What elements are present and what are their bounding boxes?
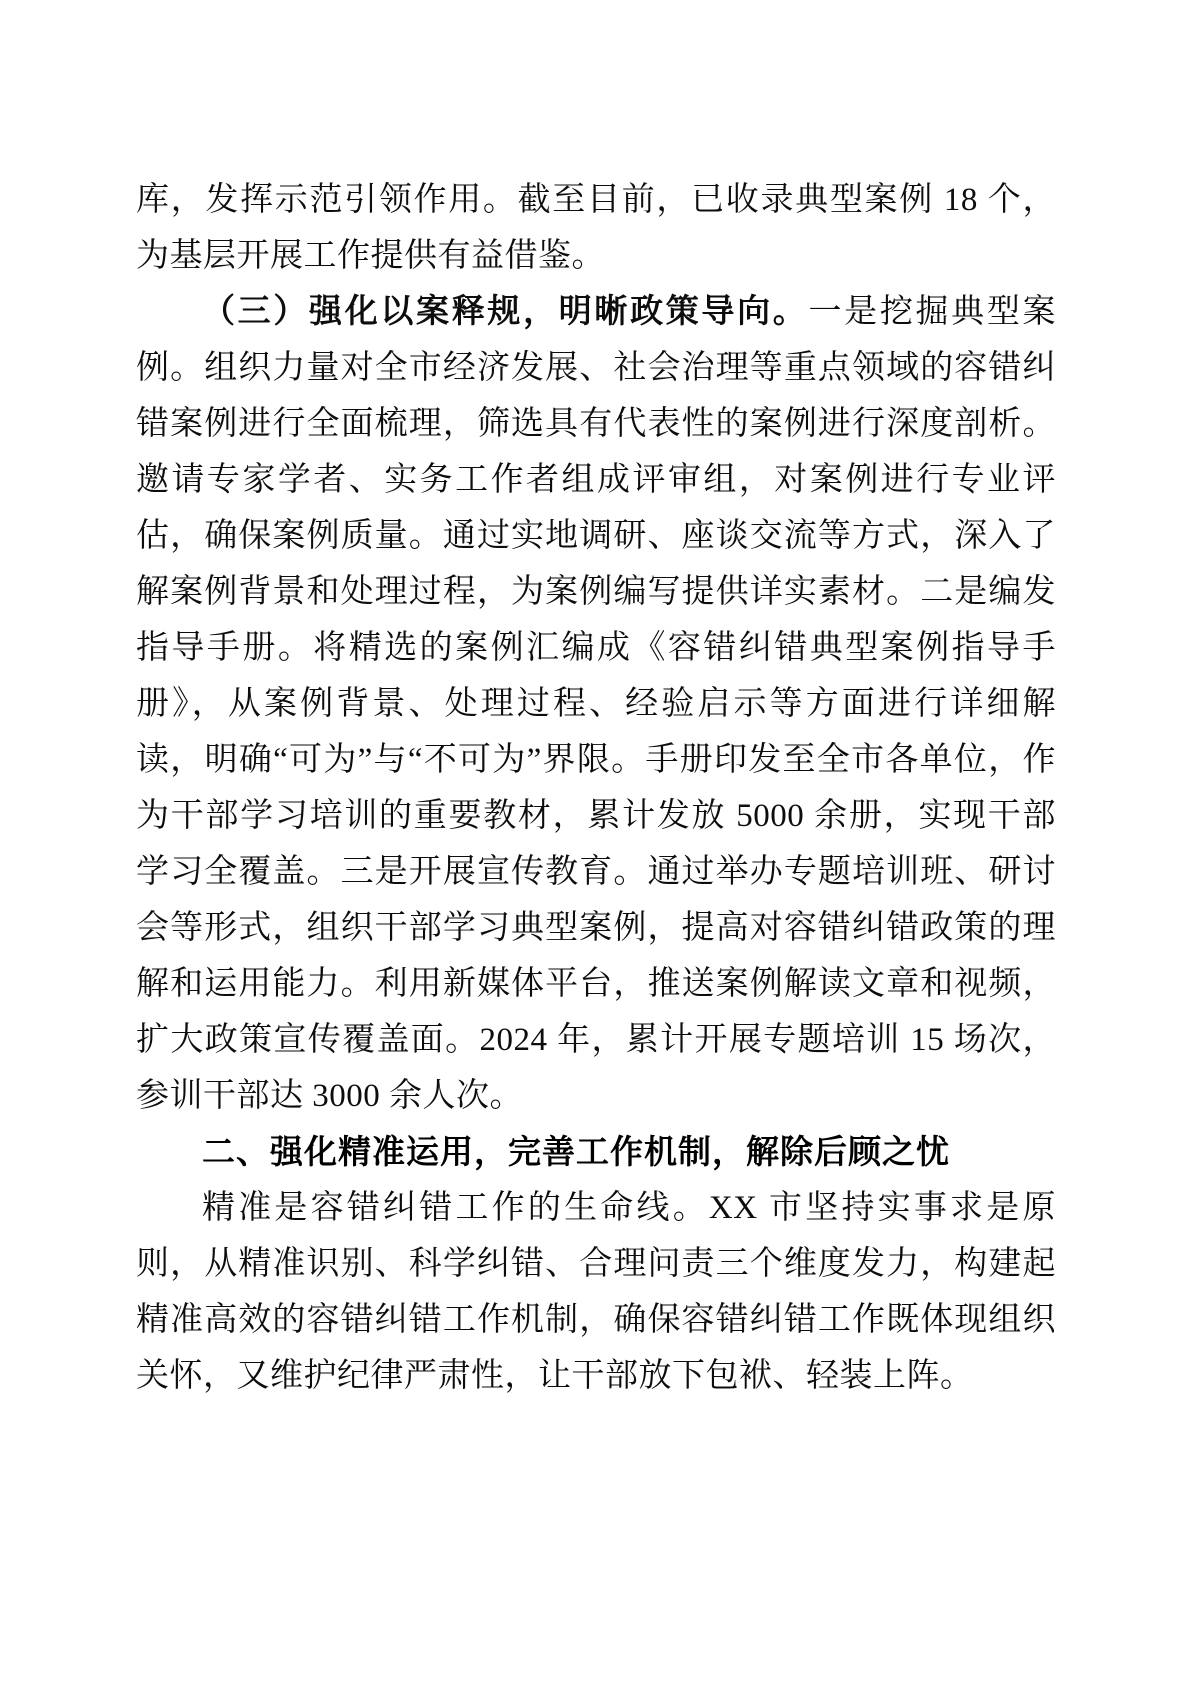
paragraph-closing: 精准是容错纠错工作的生命线。XX 市坚持实事求是原则，从精准识别、科学纠错、合理…: [136, 1180, 1056, 1404]
closing-paragraph-text: 精准是容错纠错工作的生命线。XX 市坚持实事求是原则，从精准识别、科学纠错、合理…: [136, 1190, 1056, 1394]
section-3-lead-sentence: （三）强化以案释规，明晰政策导向。: [202, 294, 808, 330]
section-2-heading: 二、强化精准运用，完善工作机制，解除后顾之忧: [136, 1124, 1056, 1180]
paragraph-text: 库，发挥示范引领作用。截至目前，已收录典型案例 18 个，为基层开展工作提供有益…: [136, 182, 1056, 274]
section-3-body-text: 一是挖掘典型案例。组织力量对全市经济发展、社会治理等重点领域的容错纠错案例进行全…: [136, 294, 1056, 1114]
section-2-heading-text: 二、强化精准运用，完善工作机制，解除后顾之忧: [202, 1133, 950, 1170]
document-page: 库，发挥示范引领作用。截至目前，已收录典型案例 18 个，为基层开展工作提供有益…: [0, 0, 1190, 1683]
document-content: 库，发挥示范引领作用。截至目前，已收录典型案例 18 个，为基层开展工作提供有益…: [136, 172, 1056, 1404]
paragraph-section-3: （三）强化以案释规，明晰政策导向。一是挖掘典型案例。组织力量对全市经济发展、社会…: [136, 284, 1056, 1124]
paragraph-continuation: 库，发挥示范引领作用。截至目前，已收录典型案例 18 个，为基层开展工作提供有益…: [136, 172, 1056, 284]
